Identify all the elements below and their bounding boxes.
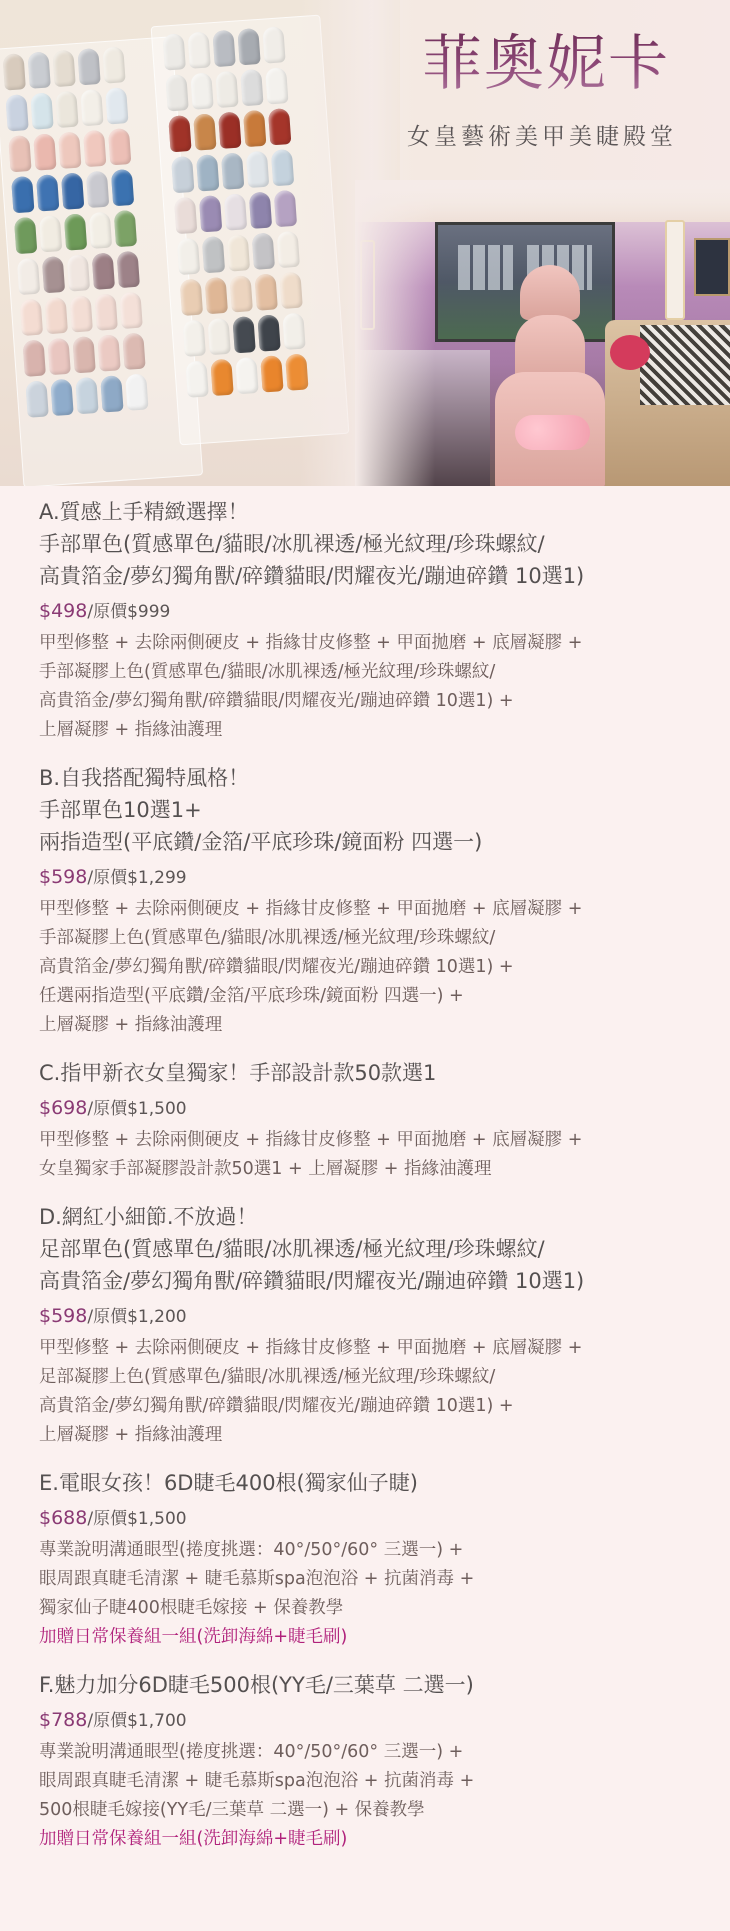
nail-sample — [202, 236, 225, 273]
nail-sample — [83, 130, 106, 167]
service-title: D.網紅小細節.不放過！ — [39, 1201, 710, 1233]
nail-sample — [224, 193, 247, 230]
service-description-line: 甲型修整 + 去除兩側硬皮 + 指緣甘皮修整 + 甲面拋磨 + 底層凝膠 + — [39, 1126, 710, 1155]
service-description-line: 眼周跟真睫毛清潔 + 睫毛慕斯spa泡泡浴 + 抗菌消毒 + — [39, 1767, 710, 1796]
nail-sample — [80, 89, 103, 126]
nail-sample — [237, 28, 260, 65]
service-section-d: D.網紅小細節.不放過！足部單色(質感單色/貓眼/冰肌裸透/極光紋理/珍珠螺紋/… — [39, 1201, 710, 1450]
sale-price: $598 — [39, 866, 87, 888]
nail-sample — [277, 231, 300, 268]
nail-sample — [89, 212, 112, 249]
service-subtitle-line: 高貴箔金/夢幻獨角獸/碎鑽貓眼/閃耀夜光/蹦迪碎鑽 10選1) — [39, 1265, 710, 1297]
service-description-line: 專業說明溝通眼型(捲度挑選：40°/50°/60° 三選一) + — [39, 1536, 710, 1565]
nail-sample — [249, 192, 272, 229]
price-row: $598/原價$1,200 — [39, 1299, 710, 1334]
nail-sample — [177, 238, 200, 275]
nail-sample — [50, 379, 73, 416]
nail-sample — [97, 334, 120, 371]
plush-toy — [610, 335, 650, 370]
price-row: $598/原價$1,299 — [39, 860, 710, 895]
service-subtitle-line: 足部單色(質感單色/貓眼/冰肌裸透/極光紋理/珍珠螺紋/ — [39, 1233, 710, 1265]
nail-sample — [108, 128, 131, 165]
nail-sample — [39, 215, 62, 252]
sale-price: $788 — [39, 1709, 87, 1731]
photo-blend — [355, 180, 435, 486]
original-price: /原價$1,299 — [87, 868, 186, 888]
nail-sample — [254, 273, 277, 310]
nail-sample — [212, 30, 235, 67]
nail-samples-board-1 — [2, 46, 148, 418]
nail-sample — [227, 234, 250, 271]
nail-sample — [274, 190, 297, 227]
nail-sample — [47, 338, 70, 375]
nail-sample — [229, 275, 252, 312]
nail-sample — [187, 31, 210, 68]
nail-sample — [2, 53, 25, 90]
tv-screen — [694, 238, 730, 296]
nail-sample — [27, 51, 50, 88]
nail-sample — [218, 112, 241, 149]
brand-title: 菲奧妮卡 — [386, 28, 706, 100]
nail-sample — [92, 252, 115, 289]
sale-price: $598 — [39, 1305, 87, 1327]
nail-sample — [168, 115, 191, 152]
nail-sample — [72, 336, 95, 373]
nail-sample — [45, 297, 68, 334]
service-title: B.自我搭配獨特風格！ — [39, 762, 710, 794]
service-subtitle-line: 兩指造型(平底鑽/金箔/平底珍珠/鏡面粉 四選一) — [39, 826, 710, 858]
service-title: A.質感上手精緻選擇！ — [39, 496, 710, 528]
price-row: $498/原價$999 — [39, 594, 710, 629]
service-description-line: 高貴箔金/夢幻獨角獸/碎鑽貓眼/閃耀夜光/蹦迪碎鑽 10選1) + — [39, 687, 710, 716]
nail-sample — [199, 195, 222, 232]
nail-sample — [17, 258, 40, 295]
service-section-b: B.自我搭配獨特風格！手部單色10選1+兩指造型(平底鑽/金箔/平底珍珠/鏡面粉… — [39, 762, 710, 1040]
nail-sample — [111, 169, 134, 206]
sale-price: $498 — [39, 600, 87, 622]
nail-sample — [257, 314, 280, 351]
original-price: /原價$1,700 — [87, 1711, 186, 1731]
nail-sample — [25, 380, 48, 417]
nail-sample — [185, 360, 208, 397]
pink-cushion — [515, 415, 590, 450]
nail-sample — [119, 292, 142, 329]
nail-sample — [61, 172, 84, 209]
nail-sample — [8, 135, 31, 172]
nail-sample — [30, 92, 53, 129]
nail-sample — [162, 33, 185, 70]
nail-sample — [246, 151, 269, 188]
nail-sample — [100, 375, 123, 412]
nail-sample — [117, 251, 140, 288]
service-description-line: 500根睫毛嫁接(YY毛/三葉草 二選一) + 保養教學 — [39, 1796, 710, 1825]
service-description-line: 足部凝膠上色(質感單色/貓眼/冰肌裸透/極光紋理/珍珠螺紋/ — [39, 1363, 710, 1392]
nail-sample — [86, 171, 109, 208]
nail-sample — [11, 176, 34, 213]
salon-interior-photo — [355, 180, 730, 486]
nail-sample — [58, 132, 81, 169]
nail-sample — [52, 50, 75, 87]
service-subtitle-line: 高貴箔金/夢幻獨角獸/碎鑽貓眼/閃耀夜光/蹦迪碎鑽 10選1) — [39, 560, 710, 592]
price-row: $688/原價$1,500 — [39, 1501, 710, 1536]
service-section-f: F.魅力加分6D睫毛500根(YY毛/三葉草 二選一)$788/原價$1,700… — [39, 1669, 710, 1854]
wall-frame — [665, 220, 685, 320]
nail-sample — [75, 377, 98, 414]
nail-sample — [262, 26, 285, 63]
service-description-line: 獨家仙子睫400根睫毛嫁接 + 保養教學 — [39, 1594, 710, 1623]
service-description-line: 任選兩指造型(平底鑽/金箔/平底珍珠/鏡面粉 四選一) + — [39, 982, 710, 1011]
sale-price: $698 — [39, 1097, 87, 1119]
nail-sample — [36, 174, 59, 211]
nail-sample — [20, 299, 43, 336]
service-description-line: 眼周跟真睫毛清潔 + 睫毛慕斯spa泡泡浴 + 抗菌消毒 + — [39, 1565, 710, 1594]
nail-sample — [243, 110, 266, 147]
price-row: $788/原價$1,700 — [39, 1703, 710, 1738]
nail-sample — [215, 71, 238, 108]
nail-sample — [190, 72, 213, 109]
service-title: C.指甲新衣女皇獨家！手部設計款50款選1 — [39, 1057, 710, 1089]
gift-bonus-text: 加贈日常保養組一組(洗卸海綿+睫毛刷) — [39, 1623, 710, 1652]
nail-sample — [182, 319, 205, 356]
original-price: /原價$1,200 — [87, 1307, 186, 1327]
service-description-line: 甲型修整 + 去除兩側硬皮 + 指緣甘皮修整 + 甲面拋磨 + 底層凝膠 + — [39, 629, 710, 658]
hero-banner: 菲奧妮卡 女皇藝術美甲美睫殿堂 — [0, 0, 730, 486]
sale-price: $688 — [39, 1507, 87, 1529]
nail-sample — [205, 277, 228, 314]
service-description-line: 高貴箔金/夢幻獨角獸/碎鑽貓眼/閃耀夜光/蹦迪碎鑽 10選1) + — [39, 1392, 710, 1421]
nail-sample — [165, 74, 188, 111]
nail-sample — [64, 213, 87, 250]
service-description-line: 甲型修整 + 去除兩側硬皮 + 指緣甘皮修整 + 甲面拋磨 + 底層凝膠 + — [39, 1334, 710, 1363]
nail-sample — [240, 69, 263, 106]
nail-sample — [180, 279, 203, 316]
service-description-line: 甲型修整 + 去除兩側硬皮 + 指緣甘皮修整 + 甲面拋磨 + 底層凝膠 + — [39, 895, 710, 924]
nail-sample — [42, 256, 65, 293]
service-section-e: E.電眼女孩！6D睫毛400根(獨家仙子睫)$688/原價$1,500專業說明溝… — [39, 1467, 710, 1652]
service-description-line: 手部凝膠上色(質感單色/貓眼/冰肌裸透/極光紋理/珍珠螺紋/ — [39, 658, 710, 687]
patterned-pillow — [640, 325, 730, 405]
nail-sample — [94, 293, 117, 330]
service-title: E.電眼女孩！6D睫毛400根(獨家仙子睫) — [39, 1467, 710, 1499]
nail-sample — [196, 154, 219, 191]
nail-sample — [221, 152, 244, 189]
nail-sample — [232, 316, 255, 353]
nail-sample — [33, 133, 56, 170]
nail-sample — [5, 94, 28, 131]
nail-sample — [14, 217, 37, 254]
nail-sample — [171, 156, 194, 193]
nail-sample — [235, 357, 258, 394]
photo-blend — [355, 180, 730, 220]
nail-sample — [265, 67, 288, 104]
service-description-line: 上層凝膠 + 指緣油護理 — [39, 716, 710, 745]
nail-sample — [122, 333, 145, 370]
nail-sample — [77, 48, 100, 85]
nail-sample — [210, 359, 233, 396]
price-row: $698/原價$1,500 — [39, 1091, 710, 1126]
nail-sample — [55, 91, 78, 128]
nail-sample — [260, 355, 283, 392]
nail-sample — [105, 87, 128, 124]
nail-sample — [268, 108, 291, 145]
service-title: F.魅力加分6D睫毛500根(YY毛/三葉草 二選一) — [39, 1669, 710, 1701]
original-price: /原價$999 — [87, 602, 170, 622]
service-section-a: A.質感上手精緻選擇！手部單色(質感單色/貓眼/冰肌裸透/極光紋理/珍珠螺紋/高… — [39, 496, 710, 745]
nail-sample — [102, 46, 125, 83]
nail-sample — [271, 149, 294, 186]
service-menu: A.質感上手精緻選擇！手部單色(質感單色/貓眼/冰肌裸透/極光紋理/珍珠螺紋/高… — [0, 486, 730, 1911]
service-subtitle-line: 手部單色10選1+ — [39, 794, 710, 826]
nail-sample — [22, 339, 45, 376]
service-description-line: 女皇獨家手部凝膠設計款50選1 + 上層凝膠 + 指緣油護理 — [39, 1155, 710, 1184]
nail-sample — [67, 254, 90, 291]
nail-sample — [252, 232, 275, 269]
nail-sample — [193, 113, 216, 150]
service-subtitle-line: 手部單色(質感單色/貓眼/冰肌裸透/極光紋理/珍珠螺紋/ — [39, 528, 710, 560]
nail-samples-board-2 — [162, 26, 308, 398]
service-description-line: 上層凝膠 + 指緣油護理 — [39, 1011, 710, 1040]
brand-subtitle: 女皇藝術美甲美睫殿堂 — [382, 118, 702, 151]
service-description-line: 高貴箔金/夢幻獨角獸/碎鑽貓眼/閃耀夜光/蹦迪碎鑽 10選1) + — [39, 953, 710, 982]
service-description-line: 上層凝膠 + 指緣油護理 — [39, 1421, 710, 1450]
gift-bonus-text: 加贈日常保養組一組(洗卸海綿+睫毛刷) — [39, 1825, 710, 1854]
nail-sample — [114, 210, 137, 247]
service-description-line: 專業說明溝通眼型(捲度挑選：40°/50°/60° 三選一) + — [39, 1738, 710, 1767]
service-section-c: C.指甲新衣女皇獨家！手部設計款50款選1$698/原價$1,500甲型修整 +… — [39, 1057, 710, 1184]
service-description-line: 手部凝膠上色(質感單色/貓眼/冰肌裸透/極光紋理/珍珠螺紋/ — [39, 924, 710, 953]
original-price: /原價$1,500 — [87, 1099, 186, 1119]
nail-sample — [174, 197, 197, 234]
nail-sample — [125, 373, 148, 410]
original-price: /原價$1,500 — [87, 1509, 186, 1529]
pink-chair — [520, 265, 580, 320]
nail-sample — [69, 295, 92, 332]
nail-sample — [207, 318, 230, 355]
